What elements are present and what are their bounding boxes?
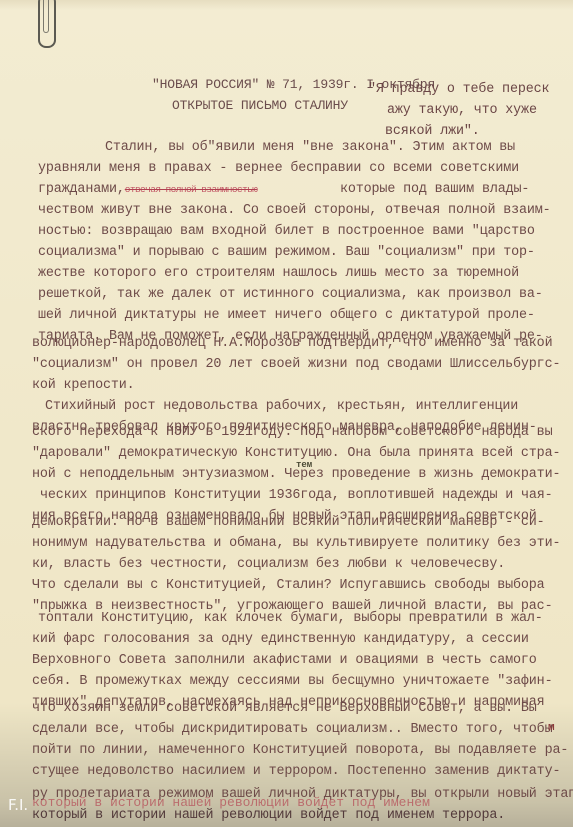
body-line: который в истории нашей революции войдет…	[32, 808, 505, 824]
body-line: которые под вашим влады-	[340, 182, 529, 198]
body-line: Сталин, вы об"явили меня "вне закона". Э…	[105, 140, 515, 156]
paperclip-icon	[38, 0, 56, 48]
epigraph-line: ажу такую, что хуже	[387, 103, 537, 119]
body-line: кий фарс голосования за одну единственну…	[32, 632, 529, 648]
body-line: нонимум надувательства и обмана, вы куль…	[32, 536, 560, 552]
body-line: топтали Конституцию, как клочек бумаги, …	[38, 611, 543, 627]
struck-text: отвечая полной взаимностью	[125, 184, 258, 195]
body-line: жестве которого его строителям нашлось л…	[38, 266, 519, 282]
body-line: демократии. Но в вашем понимании всякий …	[32, 515, 545, 531]
paper-edge	[0, 0, 573, 10]
body-line: социализма" и порываю с вашим режимом. В…	[38, 245, 535, 261]
body-line: Что сделали вы с Конституцией, Сталин? И…	[32, 578, 545, 594]
body-line: шей личной диктатуры не имеет ничего общ…	[38, 308, 535, 324]
body-line: Верховного Совета заполнили акафистами и…	[32, 653, 537, 669]
body-line: решеткой, так же далек от истинного соци…	[38, 287, 543, 303]
body-line: кой крепости.	[32, 378, 135, 394]
body-line: сделали все, чтобы дискридитировать соци…	[32, 722, 552, 738]
body-line: ностью: возвращаю вам входной билет в по…	[38, 224, 535, 240]
body-line: что хозяин земли советской является не В…	[32, 701, 537, 717]
body-line: чеством живут вне закона. Со своей сторо…	[38, 203, 551, 219]
body-line: ческих принципов Конституции 1936года, в…	[40, 488, 553, 504]
watermark: F.I.	[8, 796, 28, 814]
body-text: гражданами,	[38, 182, 125, 197]
epigraph-line: "Я правду о тебе переск	[368, 82, 549, 98]
handwritten-mark: м	[548, 722, 555, 734]
handwritten-mark: тем	[296, 460, 312, 470]
body-line: "социализм" он провел 20 лет своей жизни…	[32, 357, 560, 373]
body-line: стущее недоволство насилием и террором. …	[32, 764, 560, 780]
epigraph-line: всякой лжи".	[385, 124, 480, 140]
body-line: волюционер-народоволец Н.А.Морозов подтв…	[32, 336, 552, 352]
body-line: себя. В промежутках между сессиями вы бе…	[32, 674, 552, 690]
document-title: ОТКРЫТОЕ ПИСЬМО СТАЛИНУ	[172, 98, 348, 114]
body-line: ского перехода к НЭПУ в 1921году. Под на…	[32, 425, 552, 441]
body-line: уравняли меня в правах - вернее бесправи…	[38, 161, 519, 177]
body-line: Стихийный рост недовольства рабочих, кре…	[45, 399, 518, 415]
body-line: ки, власть без честности, социализм без …	[32, 557, 505, 573]
body-line: гражданами,отвечая полной взаимностью	[38, 182, 257, 198]
body-line: пойти по линии, намеченного Конституцией…	[32, 743, 568, 759]
